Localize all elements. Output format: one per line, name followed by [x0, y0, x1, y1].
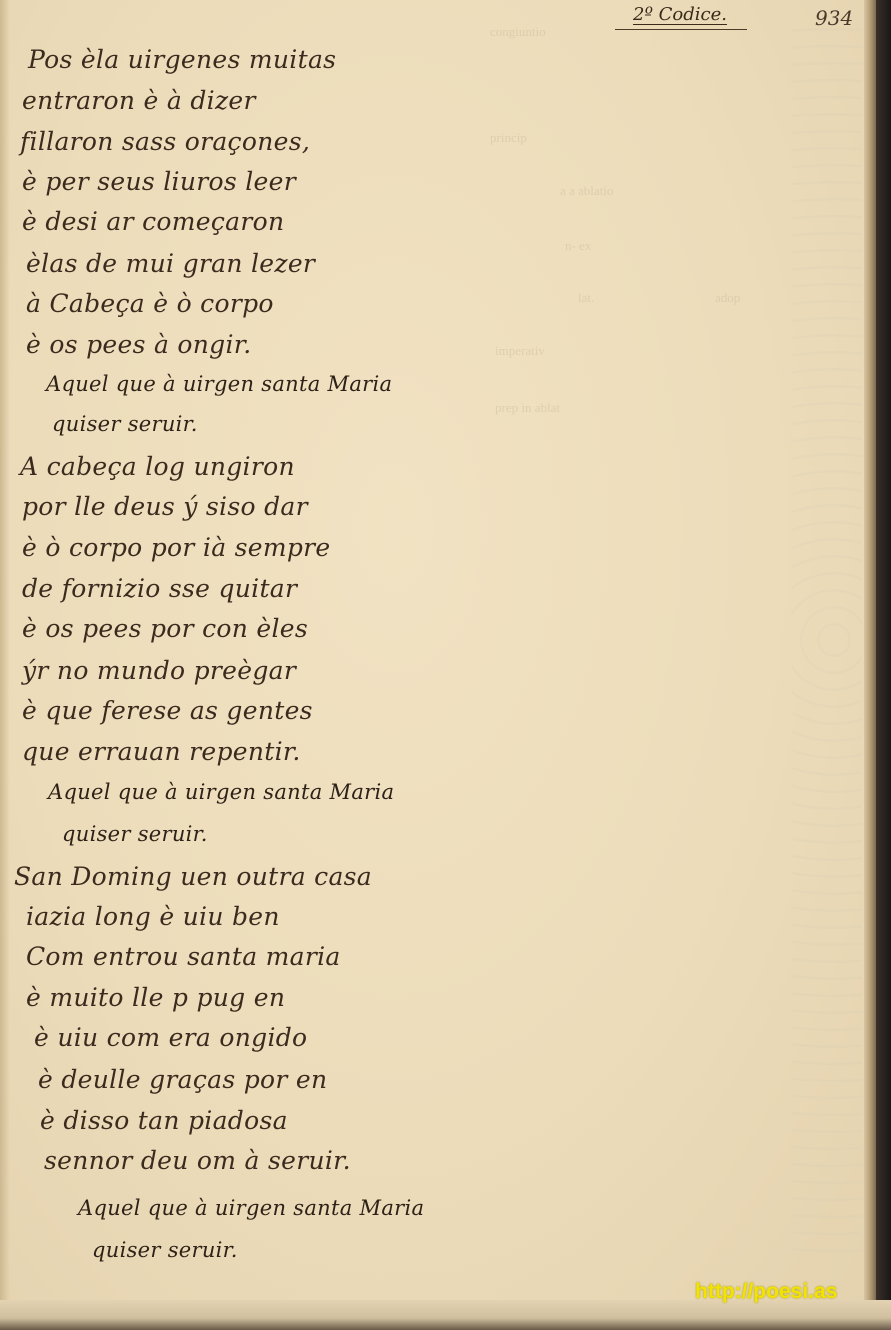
- bleed-through-text: adop: [715, 290, 740, 306]
- refrain-line: Aquel que à uirgen santa Maria: [48, 780, 394, 804]
- manuscript-page: congiuntioprincipa a ablation- exlat.ado…: [0, 0, 876, 1318]
- verse-line: èlas de mui gran lezer: [26, 249, 315, 278]
- folio-number: 934: [815, 6, 853, 30]
- verse-line: è deulle graças por en: [38, 1065, 327, 1094]
- marbled-edge-bleed: [792, 20, 862, 1260]
- verse-line: fillaron sass oraçones,: [20, 127, 310, 156]
- watermark-url: http://poesi.as: [695, 1280, 837, 1304]
- verse-line: por lle deus ý siso dar: [22, 492, 308, 521]
- page-edge: [864, 0, 876, 1318]
- verse-line: Com entrou santa maria: [26, 942, 341, 971]
- bleed-through-text: prep in ablat: [495, 400, 560, 416]
- codex-label: 2º Codice.: [615, 4, 755, 25]
- header-underline: [615, 29, 747, 30]
- verse-line: San Doming uen outra casa: [14, 862, 372, 891]
- verse-line: A cabeça log ungiron: [20, 452, 295, 481]
- verse-line: è uiu com era ongido: [34, 1023, 307, 1052]
- bleed-through-text: n- ex: [565, 238, 591, 254]
- verse-line: Pos èla uirgenes muitas: [28, 45, 336, 74]
- bleed-through-text: congiuntio: [490, 24, 546, 40]
- verse-line: è muito lle p pug en: [26, 983, 285, 1012]
- verse-line: è os pees à ongir.: [26, 330, 252, 359]
- refrain-line: quiser seruir.: [52, 412, 198, 436]
- page-bottom-edge: [0, 1300, 891, 1330]
- page-gutter-shadow: [0, 0, 10, 1318]
- refrain-line: Aquel que à uirgen santa Maria: [78, 1196, 424, 1220]
- refrain-line: Aquel que à uirgen santa Maria: [46, 372, 392, 396]
- bleed-through-text: imperativ: [495, 343, 545, 359]
- verse-line: è ò corpo por ià sempre: [22, 533, 331, 562]
- bleed-through-text: lat.: [578, 290, 594, 306]
- verse-line: è os pees por con èles: [22, 614, 308, 643]
- refrain-line: quiser seruir.: [92, 1238, 238, 1262]
- verse-line: è que ferese as gentes: [22, 696, 313, 725]
- verse-line: è desi ar começaron: [22, 207, 284, 236]
- verse-line: è per seus liuros leer: [22, 167, 296, 196]
- verse-line: entraron è à dizer: [22, 86, 256, 115]
- bleed-through-text: a a ablatio: [560, 183, 613, 199]
- page-header: 2º Codice.: [615, 4, 755, 30]
- verse-line: que errauan repentir.: [22, 737, 301, 766]
- verse-line: ýr no mundo preègar: [22, 656, 296, 685]
- verse-line: iazia long è uiu ben: [26, 902, 280, 931]
- verse-line: è disso tan piadosa: [40, 1106, 288, 1135]
- book-binding: [876, 0, 891, 1330]
- verse-line: sennor deu om à seruir.: [44, 1146, 351, 1175]
- bleed-through-text: princip: [490, 130, 527, 146]
- refrain-line: quiser seruir.: [62, 822, 208, 846]
- verse-line: de fornizio sse quitar: [22, 574, 297, 603]
- verse-line: à Cabeça è ò corpo: [26, 289, 274, 318]
